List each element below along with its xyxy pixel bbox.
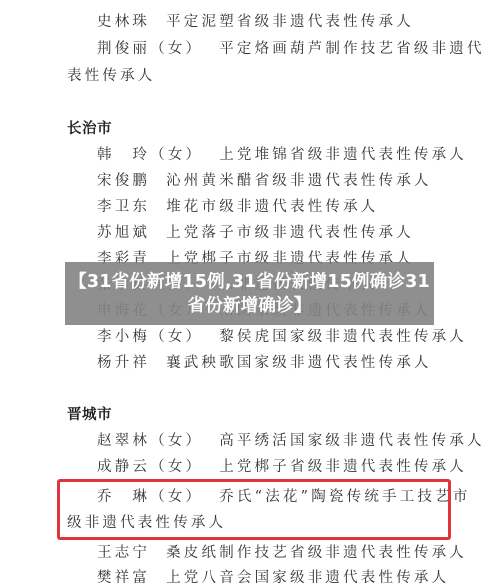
entry-title: 平定泥塑省级非遗代表性传承人 [166, 14, 414, 30]
document-page: 史林珠平定泥塑省级非遗代表性传承人 荆俊丽（女）平定烙画葫芦制作技艺省级非遗代 … [0, 0, 500, 588]
entry-name: 李小梅（女） [97, 328, 203, 346]
entry-line: 王志宁桑皮纸制作技艺省级非遗代表性传承人 [97, 544, 467, 562]
entry-name: 赵翠林（女） [97, 432, 203, 450]
entry-title: 上党堆锦省级非遗代表性传承人 [219, 147, 467, 163]
section-heading-jincheng: 晋城市 [67, 406, 112, 424]
entry-title: 黎侯虎国家级非遗代表性传承人 [219, 329, 467, 345]
title-overlay-banner: 【31省份新增15例,31省份新增15例确诊31省份新增确诊】 [65, 262, 434, 325]
entry-line: 宋俊鹏沁州黄米醋省级非遗代表性传承人 [97, 172, 432, 190]
entry-title: 平定烙画葫芦制作技艺省级非遗代 [219, 41, 485, 57]
overlay-title: 【31省份新增15例,31省份新增15例确诊31省份新增确诊】 [65, 270, 434, 318]
entry-name: 李卫东 [97, 198, 150, 216]
entry-line: 韩 玲（女）上党堆锦省级非遗代表性传承人 [97, 146, 467, 164]
entry-name: 樊祥富 [97, 569, 150, 587]
entry-line: 赵翠林（女）高平绣活国家级非遗代表性传承人 [97, 432, 485, 450]
entry-title: 上党八音会国家级非遗代表性传承人 [166, 570, 449, 586]
entry-name: 荆俊丽（女） [97, 40, 203, 58]
entry-name: 王志宁 [97, 544, 150, 562]
entry-title: 上党梆子省级非遗代表性传承人 [219, 459, 467, 475]
entry-title: 堆花市级非遗代表性传承人 [166, 199, 378, 215]
entry-title: 高平绣活国家级非遗代表性传承人 [219, 433, 485, 449]
entry-line: 史林珠平定泥塑省级非遗代表性传承人 [97, 13, 414, 31]
entry-title-wrap: 表性传承人 [67, 68, 156, 84]
entry-title: 桑皮纸制作技艺省级非遗代表性传承人 [166, 545, 467, 561]
entry-line: 李小梅（女）黎侯虎国家级非遗代表性传承人 [97, 328, 467, 346]
entry-line: 李卫东堆花市级非遗代表性传承人 [97, 198, 379, 216]
entry-title: 襄武秧歌国家级非遗代表性传承人 [166, 355, 432, 371]
entry-name: 苏旭斌 [97, 224, 150, 242]
entry-name: 成静云（女） [97, 458, 203, 476]
entry-title: 上党落子市级非遗代表性传承人 [166, 225, 414, 241]
entry-line-wrap: 表性传承人 [67, 67, 156, 85]
highlight-box [57, 479, 451, 540]
entry-line: 苏旭斌上党落子市级非遗代表性传承人 [97, 224, 414, 242]
entry-line: 成静云（女）上党梆子省级非遗代表性传承人 [97, 458, 467, 476]
entry-title: 沁州黄米醋省级非遗代表性传承人 [166, 173, 432, 189]
entry-name: 宋俊鹏 [97, 172, 150, 190]
entry-name: 韩 玲（女） [97, 146, 203, 164]
entry-line: 杨升祥襄武秧歌国家级非遗代表性传承人 [97, 354, 432, 372]
entry-name: 杨升祥 [97, 354, 150, 372]
entry-line: 荆俊丽（女）平定烙画葫芦制作技艺省级非遗代 [97, 40, 485, 58]
entry-line: 樊祥富上党八音会国家级非遗代表性传承人 [97, 569, 449, 587]
section-heading-changzhi: 长治市 [67, 120, 112, 138]
entry-name: 史林珠 [97, 13, 150, 31]
